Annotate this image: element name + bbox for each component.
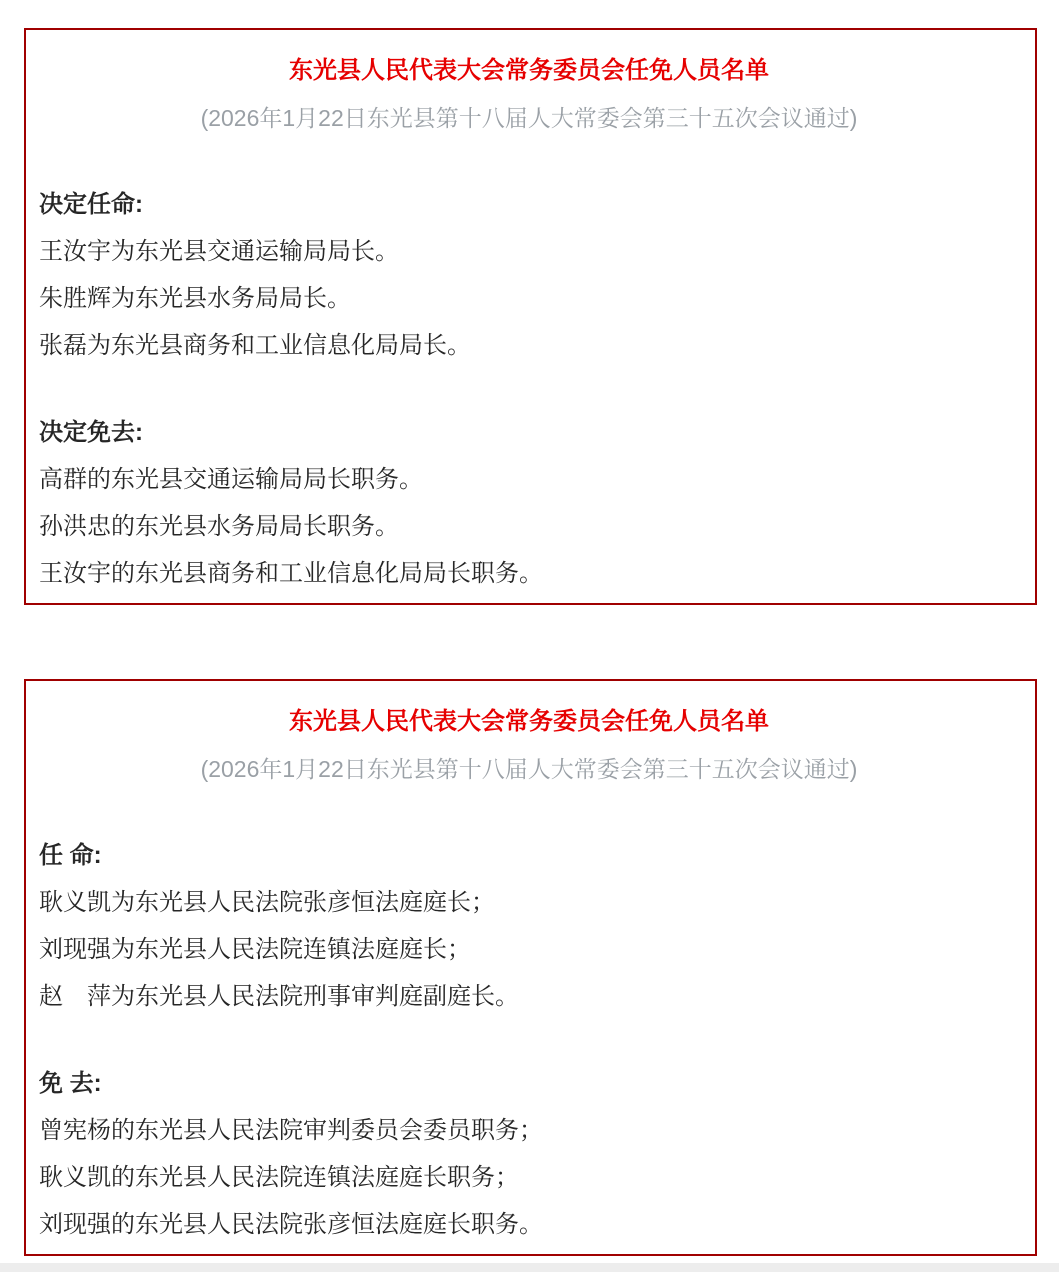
document-subtitle: (2026年1月22日东光县第十八届人大常委会第三十五次会议通过) <box>39 756 1019 782</box>
appointment-entry: 朱胜辉为东光县水务局局长。 <box>39 286 1019 312</box>
dismissal-entry: 刘现强的东光县人民法院张彦恒法庭庭长职务。 <box>39 1212 1019 1238</box>
section-heading-dismissals: 决定免去: <box>39 420 1019 446</box>
article-page: 东光县人民代表大会常务委员会任免人员名单 (2026年1月22日东光县第十八届人… <box>0 28 1059 1256</box>
appointment-entry: 王汝宇为东光县交通运输局局长。 <box>39 239 1019 265</box>
appointment-entry: 赵 萍为东光县人民法院刑事审判庭副庭长。 <box>39 984 1019 1010</box>
announcement-card-transport: 东光县人民代表大会常务委员会任免人员名单 (2026年1月22日东光县第十八届人… <box>24 28 1037 605</box>
dismissal-entry: 曾宪杨的东光县人民法院审判委员会委员职务； <box>39 1118 1019 1144</box>
dismissal-entry: 孙洪忠的东光县水务局局长职务。 <box>39 514 1019 540</box>
dismissal-entry: 耿义凯的东光县人民法院连镇法庭庭长职务； <box>39 1165 1019 1191</box>
announcement-card-court: 东光县人民代表大会常务委员会任免人员名单 (2026年1月22日东光县第十八届人… <box>24 679 1037 1256</box>
document-title: 东光县人民代表大会常务委员会任免人员名单 <box>39 709 1019 735</box>
appointment-entry: 刘现强为东光县人民法院连镇法庭庭长； <box>39 937 1019 963</box>
dismissal-entry: 高群的东光县交通运输局局长职务。 <box>39 467 1019 493</box>
document-title: 东光县人民代表大会常务委员会任免人员名单 <box>39 58 1019 84</box>
dismissal-entry: 王汝宇的东光县商务和工业信息化局局长职务。 <box>39 561 1019 587</box>
section-heading-dismissals: 免 去: <box>39 1071 1019 1097</box>
document-subtitle: (2026年1月22日东光县第十八届人大常委会第三十五次会议通过) <box>39 105 1019 131</box>
page-bottom-strip <box>0 1263 1059 1272</box>
appointment-entry: 耿义凯为东光县人民法院张彦恒法庭庭长； <box>39 890 1019 916</box>
section-heading-appointments: 决定任命: <box>39 192 1019 218</box>
section-heading-appointments: 任 命: <box>39 843 1019 869</box>
appointment-entry: 张磊为东光县商务和工业信息化局局长。 <box>39 333 1019 359</box>
